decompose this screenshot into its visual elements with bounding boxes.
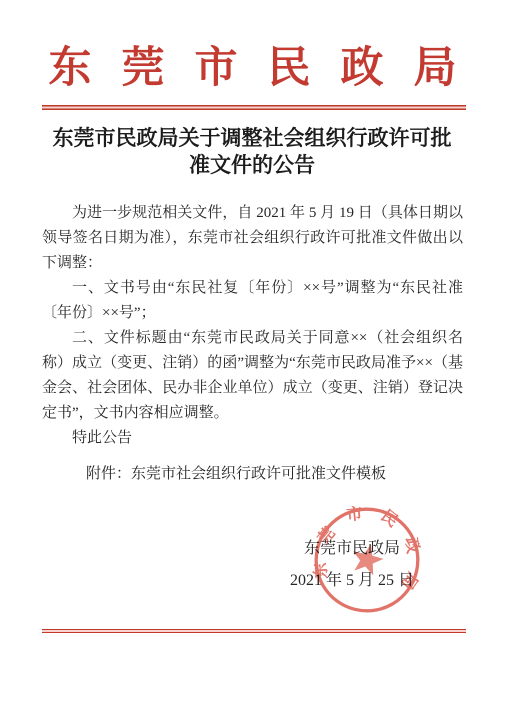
notice-title: 东莞市民政局关于调整社会组织行政许可批准文件的公告 [52,125,452,179]
signature-block: 东莞市民政局 2021 年 5 月 25 日 [252,537,452,593]
body-paragraph-item-1: 一、文书号由“东民社复〔年份〕××号”调整为“东民社准〔年份〕××号”； [42,276,463,326]
footer-rule [42,629,466,633]
notice-body: 为进一步规范相关文件，自 2021 年 5 月 19 日（具体日期以领导签名日期… [42,201,463,451]
signature-agency: 东莞市民政局 [252,537,452,561]
letterhead-agency-name: 东莞市民政局 [0,44,505,94]
body-paragraph-item-2: 二、文件标题由“东莞市民政局关于同意××（社会组织名称）成立（变更、注销）的函”… [42,326,463,426]
signature-date: 2021 年 5 月 25 日 [252,569,452,593]
body-paragraph-intro: 为进一步规范相关文件，自 2021 年 5 月 19 日（具体日期以领导签名日期… [42,201,463,276]
body-paragraph-closing: 特此公告 [42,426,463,451]
document-page: 东莞市民政局 东莞市民政局关于调整社会组织行政许可批准文件的公告 为进一步规范相… [0,0,505,712]
letterhead-rule [42,105,466,110]
attachment-line: 附件：东莞市社会组织行政许可批准文件模板 [42,462,463,487]
